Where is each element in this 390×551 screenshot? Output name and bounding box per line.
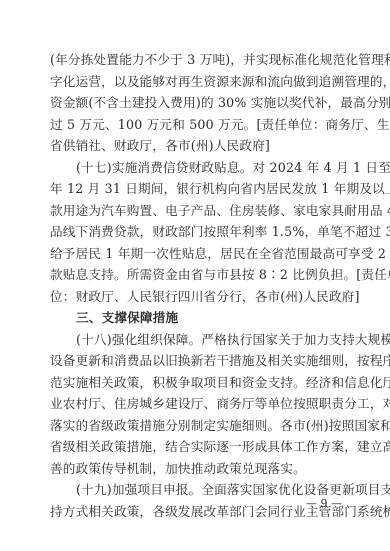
text-line: 设备更新和消费品以旧换新若干措施及相关实施细则，按程序规 [50, 351, 340, 371]
text-line: 落实的省级政策措施分别制定实施细则。各市(州)按照国家和 [50, 416, 340, 436]
text-line: 善的政策传导机制，加快推动政策兑现落实。 [50, 459, 340, 479]
text-line: 省供销社、财政厅，各市(州)人民政府] [50, 136, 340, 156]
text-line: 字化运营，以及能够对再生资源来源和流向做到追溯管理的，按投 [50, 72, 340, 92]
text-line: 给予居民 1 年期一次性贴息，居民在全省范围最高可享受 2 笔贷 [50, 244, 340, 264]
section-heading: 三、支撑保障措施 [76, 308, 340, 328]
text-line: 资金额(不含土建投入费用)的 30% 实施以奖代补，最高分别不超 [50, 93, 340, 113]
text-line: 持方式相关政策，各级发展改革部门会同行业主管部门系统梳理 [50, 502, 340, 522]
text-line: 年 12 月 31 日期间，银行机构向省内居民发放 1 年期及以上，且贷 [50, 179, 340, 199]
text-line: 品线下消费贷款，财政部门按照年利率 1.5%，单笔不超过 3000 元 [50, 222, 340, 242]
text-line: 业农村厅、住房城乡建设厅、商务厅等单位按照职责分工，对牵头 [50, 394, 340, 414]
text-line: 省级相关政策措施，结合实际逐一形成具体工作方案，建立高效完 [50, 437, 340, 457]
page-number: — 9 — [306, 497, 342, 510]
text-line: 位：财政厅、人民银行四川省分行，各市(州)人民政府] [50, 287, 340, 307]
text-line: 过 5 万元、100 万元和 500 万元。[责任单位：商务厅、生态环境厅、 [50, 115, 340, 135]
text-line: (十七)实施消费信贷财政贴息。对 2024 年 4 月 1 日至 2024 [76, 158, 340, 178]
text-line: (十八)强化组织保障。严格执行国家关于加力支持大规模 [76, 330, 340, 350]
text-line: (十九)加强项目申报。全面落实国家优化设备更新项目支 [76, 480, 340, 500]
text-line: 款用途为汽车购置、电子产品、住房装修、家电家具耐用品 4 类商 [50, 201, 340, 221]
text-line: 范实施相关政策，积极争取项目和资金支持。经济和信息化厅、农 [50, 373, 340, 393]
document-page: (年分拣处置能力不少于 3 万吨)，并实现标准化规范化管理和数字化运营，以及能够… [0, 0, 390, 551]
text-line: (年分拣处置能力不少于 3 万吨)，并实现标准化规范化管理和数 [50, 50, 340, 70]
text-line: 款贴息支持。所需资金由省与市县按 8∶2 比例负担。[责任单 [50, 265, 340, 285]
